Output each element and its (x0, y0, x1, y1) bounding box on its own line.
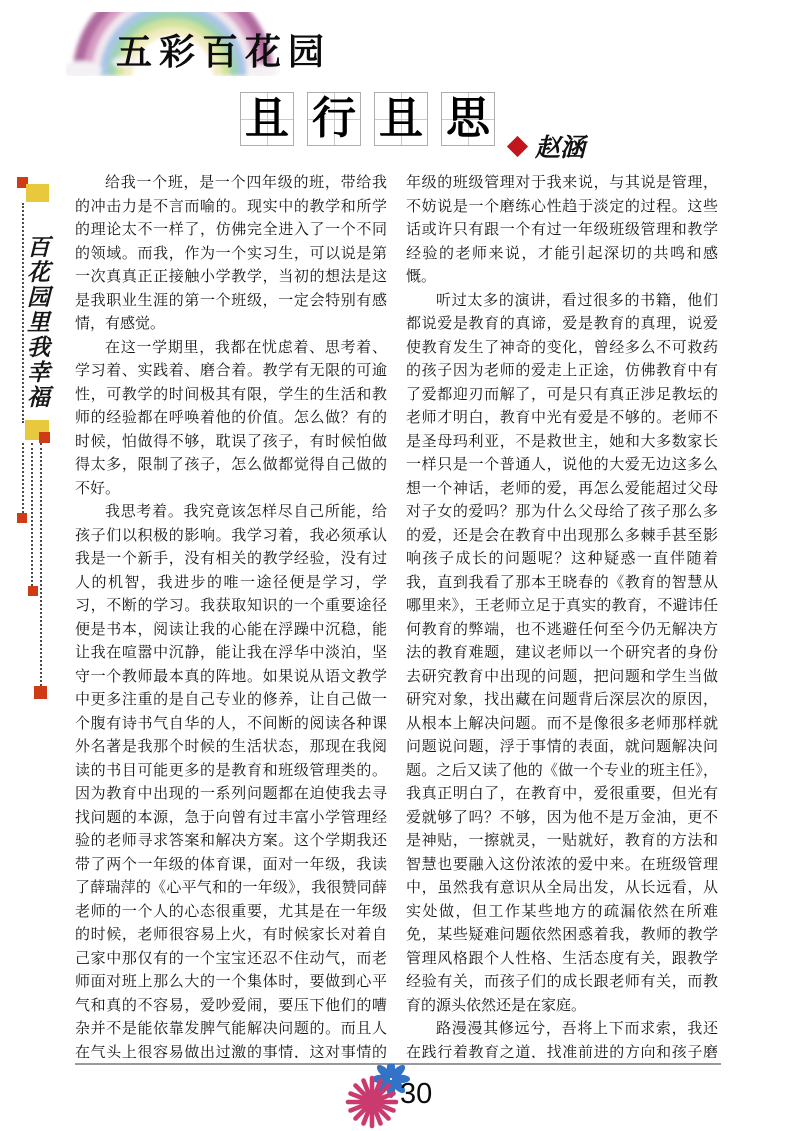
decor-square-red (34, 686, 47, 699)
title-grid-box: 且 (374, 92, 428, 146)
author-byline: 赵涵 (510, 128, 585, 164)
dotted-line (22, 443, 24, 513)
title-character: 且 (379, 97, 423, 141)
author-name: 赵涵 (535, 128, 585, 164)
article-title: 且 行 且 思 (240, 92, 495, 146)
magazine-section-title: 五彩百花园 (116, 24, 331, 75)
decor-square-red (39, 432, 50, 443)
paragraph: 给我一个班，是一个四年级的班，带给我的冲击力是不言而喻的。现实中的教学和所学的理… (75, 172, 387, 337)
paragraph: 听过太多的演讲，看过很多的书籍，他们都说爱是教育的真谛，爱是教育的真理，说爱使教… (406, 290, 718, 1019)
magazine-page: { "header": { "brand": "五彩百花园" }, "title… (0, 0, 800, 1131)
dotted-line (40, 443, 42, 686)
title-grid-box: 且 (240, 92, 294, 146)
paragraph: 我思考着。我究竟该怎样尽自己所能，给孩子们以积极的影响。我学习着，我必须承认我是… (75, 501, 387, 1058)
diamond-icon (507, 135, 528, 156)
dotted-line (31, 443, 33, 586)
title-grid-box: 行 (307, 92, 361, 146)
article-right-column: 年级的班级管理对于我来说，与其说是管理，不妨说是一个磨练心性趋于淡定的过程。这些… (406, 172, 718, 1058)
page-number: 30 (400, 1078, 432, 1111)
article-left-column: 给我一个班，是一个四年级的班，带给我的冲击力是不言而喻的。现实中的教学和所学的理… (75, 172, 387, 1058)
paragraph: 路漫漫其修远兮，吾将上下而求索，我还在践行着教育之道，找准前进的方向和孩子磨合着… (406, 1018, 718, 1058)
title-character: 思 (446, 97, 490, 141)
sidebar-slogan: 百花园里我幸福 (20, 235, 53, 410)
decor-square-yellow (26, 184, 49, 202)
title-character: 且 (245, 97, 289, 141)
paragraph-continuation: 年级的班级管理对于我来说，与其说是管理，不妨说是一个磨练心性趋于淡定的过程。这些… (406, 172, 718, 290)
paragraph: 在这一学期里，我都在忧虑着、思考着、学习着、实践着、磨合着。教学有无限的可逾性，… (75, 337, 387, 502)
title-grid-box: 思 (441, 92, 495, 146)
decor-square-red (17, 513, 27, 523)
decor-square-red (28, 586, 38, 596)
title-character: 行 (312, 97, 356, 141)
